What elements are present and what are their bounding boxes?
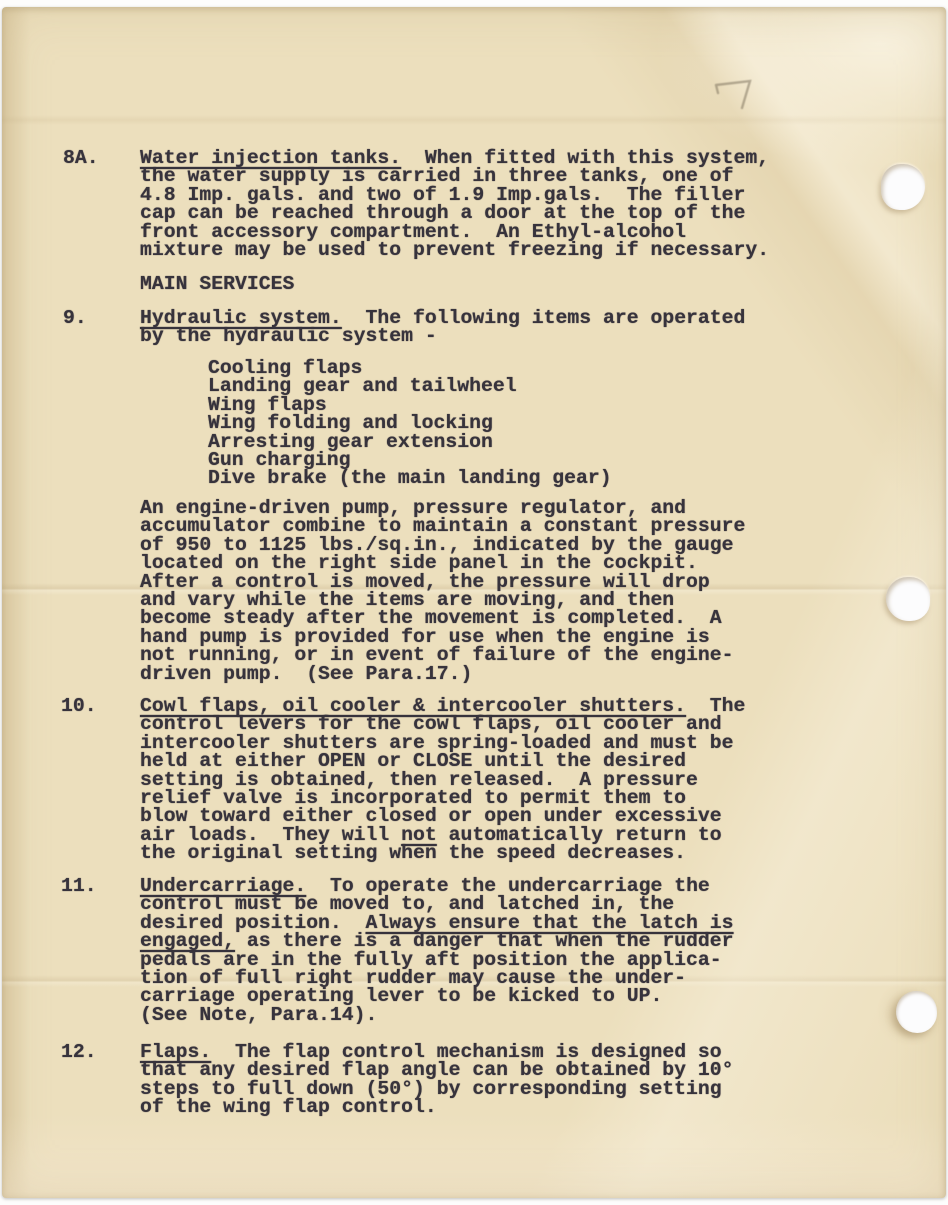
text-run: An engine-driven pump, pressure regulato… [140,497,745,685]
punch-hole-top [881,164,925,210]
scanned-document: { "document": { "sections": { "s8a": { "… [0,0,948,1205]
paragraph-10-text: Cowl flaps, oil cooler & intercooler shu… [140,697,745,863]
punch-hole-bottom [896,991,937,1033]
paragraph-9-text: Hydraulic system. The following items ar… [140,309,745,346]
paragraph-12-text: Flaps. The flap control mechanism is des… [140,1043,734,1117]
paragraph-11-text: Undercarriage. To operate the undercarri… [140,877,734,1024]
paragraph-9-continuation: An engine-driven pump, pressure regulato… [140,499,745,683]
paragraph-8a-text: Water injection tanks. When fitted with … [140,149,769,259]
paragraph-8a-number: 8A. [63,149,99,167]
text-run: The flap control mechanism is designed s… [140,1041,734,1118]
main-services-heading: MAIN SERVICES [140,275,294,293]
hydraulic-items-list: Cooling flaps Landing gear and tailwheel… [208,359,612,488]
text-run: When fitted with this system, the water … [140,147,769,261]
paragraph-11-number: 11. [61,877,97,895]
pencil-mark-7 [708,67,760,113]
paragraph-10-number: 10. [61,697,97,715]
paragraph-12-number: 12. [61,1043,97,1061]
punch-hole-middle [886,577,930,621]
paragraph-9-number: 9. [63,309,87,327]
paper-page: 8A. Water injection tanks. When fitted w… [2,7,946,1198]
